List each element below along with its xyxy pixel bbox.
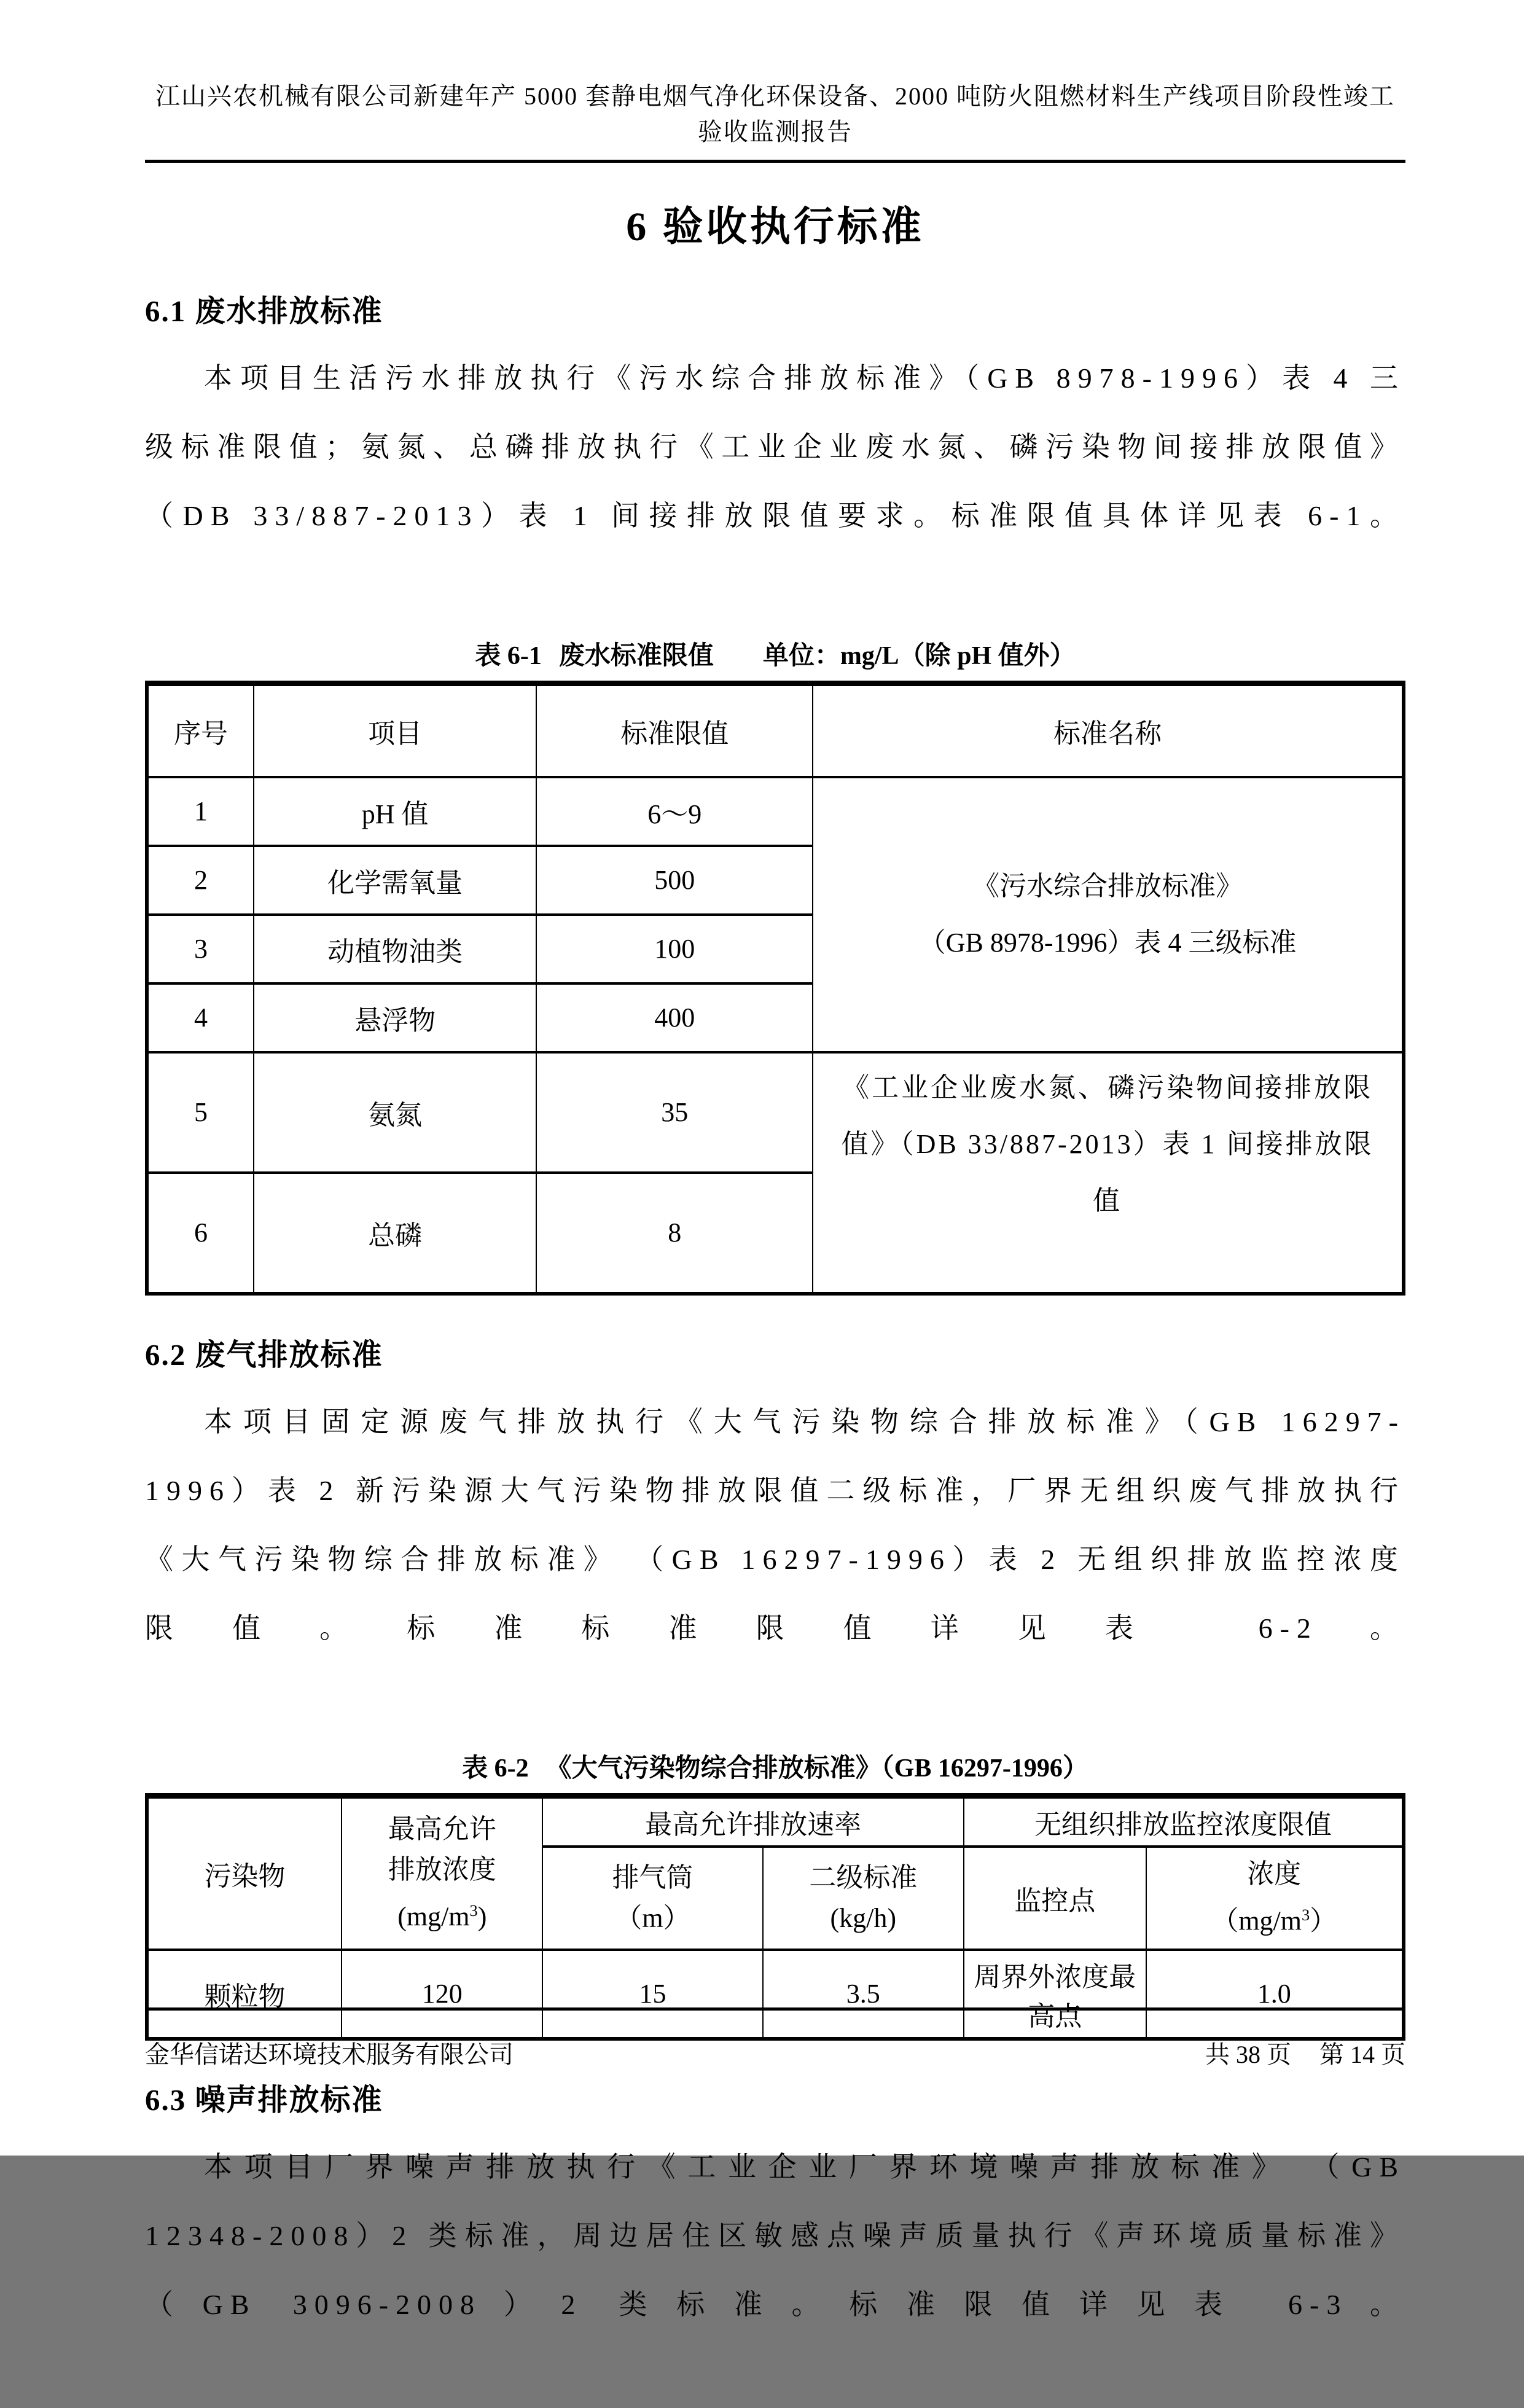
header-unit: （mg/m3） <box>1155 1894 1393 1942</box>
cell-no: 5 <box>147 1052 254 1173</box>
cell-limit: 6～9 <box>536 777 813 846</box>
cell-no: 4 <box>147 983 254 1052</box>
footer-pagination: 共 38 页第 14 页 <box>1177 2035 1405 2070</box>
document-header: 江山兴农机械有限公司新建年产 5000 套静电烟气净化环保设备、2000 吨防火… <box>145 79 1405 163</box>
table-6-1-header-row: 序号 项目 标准限值 标准名称 <box>147 684 1404 777</box>
cell-no: 1 <box>147 777 254 846</box>
cell-no: 6 <box>147 1173 254 1294</box>
column-header-max-concentration: 最高允许 排放浓度 (mg/m3) <box>342 1796 542 1950</box>
header-line: (kg/h) <box>772 1898 955 1939</box>
header-line: 最高允许 <box>351 1809 533 1850</box>
table-6-1-caption: 表 6-1废水标准限值单位：mg/L（除 pH 值外） <box>145 635 1405 672</box>
cell-no: 2 <box>147 846 254 915</box>
header-line: 二级标准 <box>772 1858 955 1898</box>
cell-limit: 8 <box>536 1173 813 1294</box>
table-6-2-caption: 表 6-2《大气污染物综合排放标准》（GB 16297-1996） <box>145 1748 1405 1784</box>
column-group-fugitive-limit: 无组织排放监控浓度限值 <box>964 1796 1404 1847</box>
cell-item: pH 值 <box>254 777 536 846</box>
header-title-text: 江山兴农机械有限公司新建年产 5000 套静电烟气净化环保设备、2000 吨防火… <box>145 79 1405 150</box>
page-title: 6 验收执行标准 <box>145 193 1405 252</box>
cell-standard-np: 《工业企业废水氮、磷污染物间接排放限值》（DB 33/887-2013）表 1 … <box>813 1052 1404 1294</box>
header-divider <box>145 160 1405 163</box>
paragraph-6-3: 本项目厂界噪声排放执行《工业企业厂界环境噪声排放标准》 （GB 12348-20… <box>145 2133 1405 2408</box>
column-header-item: 项目 <box>254 684 536 777</box>
cell-limit: 100 <box>536 915 813 983</box>
table-6-2-caption-label: 表 6-2 <box>462 1754 529 1783</box>
paragraph-6-2: 本项目固定源废气排放执行《大气污染物综合排放标准》（GB 16297-1996）… <box>145 1388 1405 1732</box>
header-line: 排气筒 <box>552 1858 753 1898</box>
cell-item: 动植物油类 <box>254 915 536 983</box>
standard-name-line: （GB 8978-1996）表 4 三级标准 <box>829 915 1386 971</box>
column-header-concentration: 浓度 （mg/m3） <box>1146 1847 1404 1950</box>
cell-limit: 35 <box>536 1052 813 1173</box>
column-group-max-emission-rate: 最高允许排放速率 <box>542 1796 963 1847</box>
page-footer: 金华信诺达环境技术服务有限公司 共 38 页第 14 页 <box>145 2007 1405 2070</box>
cell-item: 化学需氧量 <box>254 846 536 915</box>
header-line: 浓度 <box>1155 1854 1393 1894</box>
cell-standard-sewage: 《污水综合排放标准》 （GB 8978-1996）表 4 三级标准 <box>813 777 1404 1052</box>
section-heading-6-2: 6.2 废气排放标准 <box>145 1331 1405 1374</box>
table-6-1-caption-unit: 单位：mg/L（除 pH 值外） <box>763 642 1076 670</box>
table-row: 1 pH 值 6～9 《污水综合排放标准》 （GB 8978-1996）表 4 … <box>147 777 1404 846</box>
paragraph-6-1: 本项目生活污水排放执行《污水综合排放标准》（GB 8978-1996）表 4 三… <box>145 344 1405 619</box>
column-header-no: 序号 <box>147 684 254 777</box>
cell-item: 悬浮物 <box>254 983 536 1052</box>
section-heading-6-3: 6.3 噪声排放标准 <box>145 2076 1405 2119</box>
column-header-standard: 标准名称 <box>813 684 1404 777</box>
column-header-pollutant: 污染物 <box>147 1796 342 1950</box>
column-header-stack: 排气筒 （m） <box>542 1847 762 1950</box>
header-line: （m） <box>552 1898 753 1939</box>
table-6-1: 序号 项目 标准限值 标准名称 1 pH 值 6～9 《污水综合排放标准》 （G… <box>145 681 1405 1296</box>
footer-company: 金华信诺达环境技术服务有限公司 <box>145 2035 514 2070</box>
footer-current-page: 第 14 页 <box>1319 2041 1405 2068</box>
table-6-1-caption-title: 废水标准限值 <box>559 642 714 670</box>
cell-limit: 400 <box>536 983 813 1052</box>
table-6-1-caption-label: 表 6-1 <box>475 642 542 670</box>
cell-item: 氨氮 <box>254 1052 536 1173</box>
section-heading-6-1: 6.1 废水排放标准 <box>145 287 1405 330</box>
footer-total-pages: 共 38 页 <box>1205 2041 1291 2068</box>
table-6-2: 污染物 最高允许 排放浓度 (mg/m3) 最高允许排放速率 无组织排放监控浓度… <box>145 1793 1405 2041</box>
table-6-2-header-row-1: 污染物 最高允许 排放浓度 (mg/m3) 最高允许排放速率 无组织排放监控浓度… <box>147 1796 1404 1847</box>
standard-name-text: 《工业企业废水氮、磷污染物间接排放限值》（DB 33/887-2013）表 1 … <box>829 1073 1386 1272</box>
header-unit: (mg/m3) <box>351 1890 533 1937</box>
header-line: 排放浓度 <box>351 1850 533 1890</box>
column-header-monitor-point: 监控点 <box>964 1847 1146 1950</box>
cell-item: 总磷 <box>254 1173 536 1294</box>
standard-name-line: 《污水综合排放标准》 <box>829 858 1386 915</box>
cell-limit: 500 <box>536 846 813 915</box>
table-6-2-caption-title: 《大气污染物综合排放标准》（GB 16297-1996） <box>546 1754 1088 1783</box>
document-page: 江山兴农机械有限公司新建年产 5000 套静电烟气净化环保设备、2000 吨防火… <box>0 0 1524 2156</box>
table-row: 5 氨氮 35 《工业企业废水氮、磷污染物间接排放限值》（DB 33/887-2… <box>147 1052 1404 1173</box>
column-header-grade2: 二级标准 (kg/h) <box>763 1847 964 1950</box>
cell-no: 3 <box>147 915 254 983</box>
column-header-limit: 标准限值 <box>536 684 813 777</box>
